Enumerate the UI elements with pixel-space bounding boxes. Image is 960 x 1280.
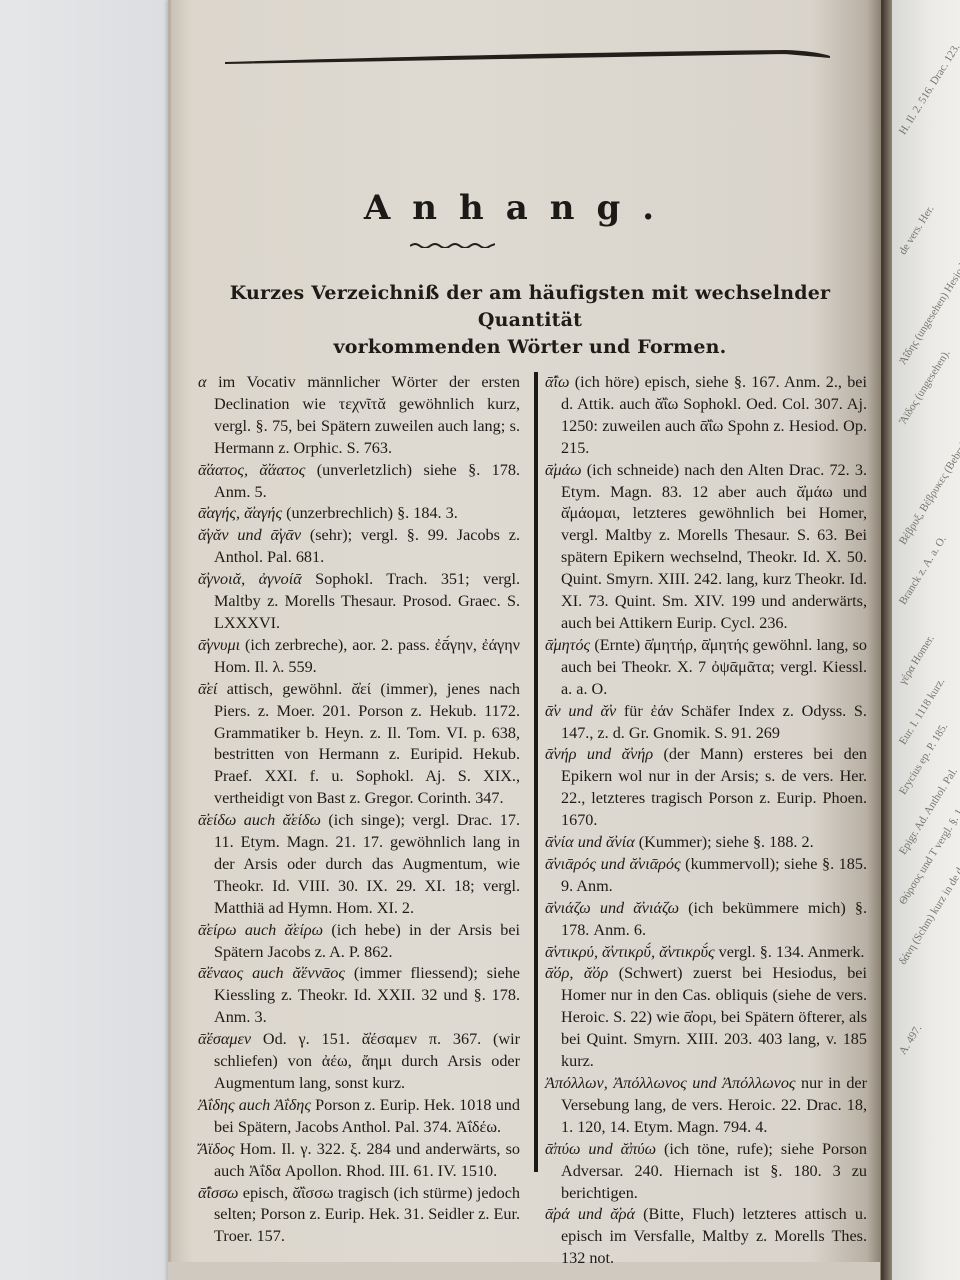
entry-text: episch, ᾰ̓ΐσσω tragisch (ich stürme) jed… [214, 1184, 520, 1246]
dictionary-entry: ᾱ̓μητός (Ernte) ᾱ̓μητήρ, ᾱ̓μητής gewöhnl… [545, 635, 867, 701]
dictionary-entry: ᾱ̓γνυμι (ich zerbreche), aor. 2. pass. ἐ… [198, 635, 520, 679]
entry-lemma: Ἄϊδος [198, 1140, 235, 1158]
entry-lemma: ᾱ̓ντικρύ, ᾰ̓ντικρῠ́, ᾰ̓ντικρῠ́ς [545, 943, 715, 961]
dictionary-entry: ᾱ̓ντικρύ, ᾰ̓ντικρῠ́, ᾰ̓ντικρῠ́ς vergl. §… [545, 942, 867, 964]
dictionary-entry: ᾱ̓έσαμεν Od. γ. 151. ᾰ̓έσαμεν π. 367. (w… [198, 1029, 520, 1095]
header-rule [225, 50, 830, 64]
dictionary-entry: α im Vocativ männlicher Wörter der erste… [198, 372, 520, 460]
entry-text: (ich schneide) nach den Alten Drac. 72. … [561, 461, 867, 632]
column-divider [534, 372, 538, 1172]
entry-text: im Vocativ männlicher Wörter der ersten … [207, 373, 521, 457]
dictionary-entry: ᾱ̓ΐσσω episch, ᾰ̓ΐσσω tragisch (ich stür… [198, 1183, 520, 1249]
entry-lemma: ᾰ̓γνοιᾰ, ἀγνοίᾱ [198, 570, 302, 588]
entry-text: (unzerbrechlich) §. 184. 3. [282, 504, 458, 522]
adjacent-page: H. Il. 2. 516. Drac. 123. de vers. Her. … [892, 0, 960, 1280]
entry-lemma: Ἀΐδης auch Ἀΐδης [198, 1096, 311, 1114]
dictionary-entry: ᾰ̓γᾰν und ᾱ̓γᾱν (sehr); vergl. §. 99. Ja… [198, 525, 520, 569]
entry-lemma: ᾰ̓γᾰν und ᾱ̓γᾱν [198, 526, 301, 544]
dictionary-entry: ᾱ̓αγής, ᾰ̓αγής (unzerbrechlich) §. 184. … [198, 503, 520, 525]
dictionary-entry: Ἄϊδος Hom. Il. γ. 322. ξ. 284 und anderw… [198, 1139, 520, 1183]
entry-lemma: ᾱ̓πύω und ᾰ̓πύω [545, 1140, 656, 1158]
subtitle-line: vorkommenden Wörter und Formen. [180, 334, 880, 361]
entry-lemma: ᾱ̓έναος auch ᾰ̓έννᾱος [198, 964, 345, 982]
dictionary-entry: ᾱ̓μάω (ich schneide) nach den Alten Drac… [545, 460, 867, 635]
dictionary-entry: ᾱ̓πύω und ᾰ̓πύω (ich töne, rufe); siehe … [545, 1139, 867, 1205]
entry-lemma: ᾱ̓νιάζω und ᾰ̓νιάζω [545, 899, 679, 917]
entry-lemma: ᾱ̓γνυμι [198, 636, 240, 654]
dictionary-entry: ᾰ̓γνοιᾰ, ἀγνοίᾱ Sophokl. Trach. 351; ver… [198, 569, 520, 635]
right-column: ᾱ̓ΐω (ich höre) episch, siehe §. 167. An… [545, 372, 867, 1270]
entry-lemma: Ἀπόλλων, Ἀπόλλωνος und Ἀπόλλωνος [545, 1074, 796, 1092]
dictionary-entry: ᾱ̓νιᾱρός und ᾰ̓νιᾱρός (kummervoll); sieh… [545, 854, 867, 898]
ornament-divider [410, 240, 495, 248]
dictionary-entry: ᾱ̓έναος auch ᾰ̓έννᾱος (immer fliessend);… [198, 963, 520, 1029]
entry-lemma: ᾱ̓μάω [545, 461, 582, 479]
entry-lemma: ᾱ̓εί [198, 680, 217, 698]
entry-text: attisch, gewöhnl. ᾰ̓εί (immer), jenes na… [214, 680, 520, 808]
dictionary-entry: ᾱ̓εί attisch, gewöhnl. ᾰ̓εί (immer), jen… [198, 679, 520, 810]
subtitle-line: Kurzes Verzeichniß der am häufigsten mit… [180, 280, 880, 334]
entry-lemma: ᾱ̓αγής, ᾰ̓αγής [198, 504, 282, 522]
entry-lemma: ᾱ̓είρω auch ᾰ̓είρω [198, 921, 323, 939]
entry-lemma: ᾱ̓όρ, ᾰ̓όρ [545, 964, 608, 982]
entry-text: (Ernte) ᾱ̓μητήρ, ᾱ̓μητής gewöhnl. lang, … [561, 636, 867, 698]
dictionary-entry: ᾱ̓άατος, ᾰ̓άατος (unverletzlich) siehe §… [198, 460, 520, 504]
dictionary-entry: ᾱ̓νήρ und ᾰ̓νήρ (der Mann) ersteres bei … [545, 744, 867, 832]
entry-text: (Kummer); siehe §. 188. 2. [635, 833, 814, 851]
dictionary-entry: Ἀπόλλων, Ἀπόλλωνος und Ἀπόλλωνος nur in … [545, 1073, 867, 1139]
entry-lemma: ᾱ̓ΐω [545, 373, 569, 391]
entry-lemma: ᾱ̓μητός [545, 636, 590, 654]
entry-lemma: ᾱ̓άατος, ᾰ̓άατος [198, 461, 305, 479]
page-title: Anhang. [170, 188, 870, 228]
dictionary-entry: ᾱ̓ρά und ᾰ̓ρά (Bitte, Fluch) letzteres a… [545, 1204, 867, 1270]
section-subtitle: Kurzes Verzeichniß der am häufigsten mit… [180, 280, 880, 361]
entry-text: (ich zerbreche), aor. 2. pass. ἐᾱ́γην, ἐ… [214, 636, 520, 676]
dictionary-entry: ᾱ̓όρ, ᾰ̓όρ (Schwert) zuerst bei Hesiodus… [545, 963, 867, 1073]
background-surface [0, 0, 175, 1280]
dictionary-entry: ᾱ̓είρω auch ᾰ̓είρω (ich hebe) in der Ars… [198, 920, 520, 964]
left-column: α im Vocativ männlicher Wörter der erste… [198, 372, 520, 1248]
entry-lemma: ᾱ̓νήρ und ᾰ̓νήρ [545, 745, 653, 763]
entry-text: Od. γ. 151. ᾰ̓έσαμεν π. 367. (wir schlie… [214, 1030, 520, 1092]
dictionary-entry: ᾱ̓νιάζω und ᾰ̓νιάζω (ich bekümmere mich)… [545, 898, 867, 942]
entry-lemma: ᾱ̓έσαμεν [198, 1030, 251, 1048]
entry-lemma: ᾱ̓ΐσσω [198, 1184, 238, 1202]
adjacent-page-text: de vers. Her. [896, 148, 960, 258]
entry-lemma: ᾱ̓νία und ᾰ̓νία [545, 833, 635, 851]
entry-lemma: ᾱ̓είδω auch ᾰ̓είδω [198, 811, 321, 829]
dictionary-entry: ᾱ̓ν und ᾰ̓ν für ἐάν Schäfer Index z. Ody… [545, 701, 867, 745]
entry-text: Hom. Il. γ. 322. ξ. 284 und anderwärts, … [214, 1140, 520, 1180]
entry-lemma: ᾱ̓νιᾱρός und ᾰ̓νιᾱρός [545, 855, 681, 873]
dictionary-entry: ᾱ̓ΐω (ich höre) episch, siehe §. 167. An… [545, 372, 867, 460]
dictionary-entry: ᾱ̓είδω auch ᾰ̓είδω (ich singe); vergl. D… [198, 810, 520, 920]
dictionary-entry: ᾱ̓νία und ᾰ̓νία (Kummer); siehe §. 188. … [545, 832, 867, 854]
entry-text: vergl. §. 134. Anmerk. [715, 943, 865, 961]
entry-text: (ich höre) episch, siehe §. 167. Anm. 2.… [561, 373, 867, 457]
entry-lemma: ᾱ̓ν und ᾰ̓ν [545, 702, 616, 720]
dictionary-entry: Ἀΐδης auch Ἀΐδης Porson z. Eurip. Hek. 1… [198, 1095, 520, 1139]
entry-lemma: ᾱ̓ρά und ᾰ̓ρά [545, 1205, 635, 1223]
adjacent-page-text: H. Il. 2. 516. Drac. 123. [896, 28, 960, 138]
entry-lemma: α [198, 373, 207, 391]
